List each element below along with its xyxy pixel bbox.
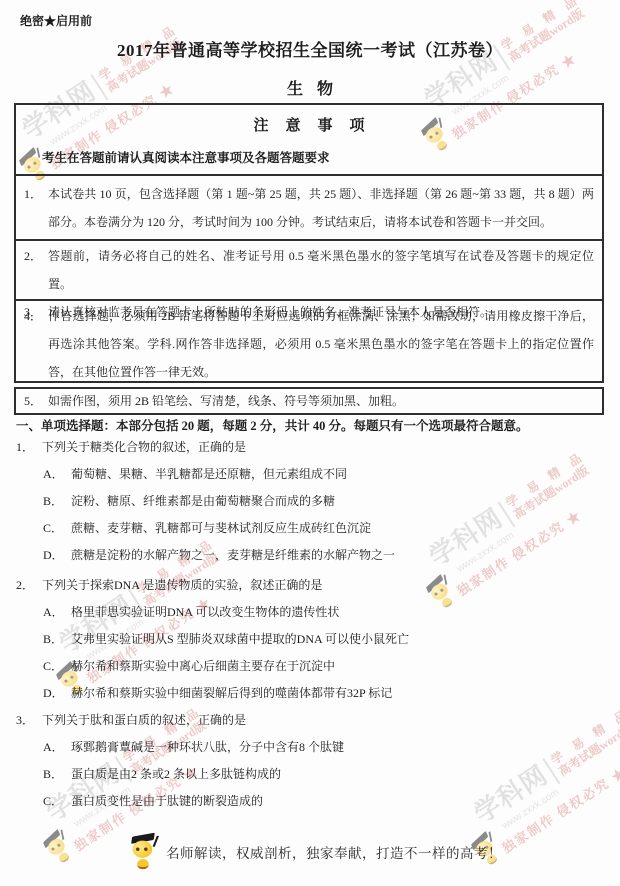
question-stem: 1． 下列关于糖类化合物的叙述，正确的是 (16, 440, 608, 454)
notice-heading: 注意事项 (16, 114, 602, 135)
promo-slogan: 名师解读，权威剖析，独家奉献，打造不一样的高考！ (166, 842, 502, 862)
notice-item-text: 如需作图，须用 2B 铅笔绘、写清楚，线条、符号等须加黑、加粗。 (48, 389, 594, 413)
option-a: A．葡萄糖、果糖、半乳糖都是还原糖，但元素组成不同 (16, 467, 608, 481)
classification-label: 绝密★启用前 (20, 12, 92, 29)
option-b: B．蛋白质是由2 条或2 条以上多肽链构成的 (16, 767, 608, 781)
option-text: 赫尔希和蔡斯实验中细菌裂解后得到的噬菌体都带有32P 标记 (71, 686, 392, 700)
notice-section: 4． 作答选择题，必须用 2B 铅笔将答题卡上对应选项的方框涂满、涂黑；如需改动… (16, 299, 602, 383)
option-label: C． (43, 521, 71, 535)
question-2: 2． 下列关于探索DNA 是遗传物质的实验，叙述正确的是 A．格里菲思实验证明D… (16, 578, 608, 713)
question-number: 1． (16, 440, 42, 454)
option-text: 蛋白质变性是由于肽键的断裂造成的 (71, 794, 263, 808)
option-text: 淀粉、糖原、纤维素都是由葡萄糖聚合而成的多糖 (71, 494, 335, 508)
option-text: 琢鄄鹅膏蕈碱是一种环状八肽，分子中含有8 个肽键 (71, 740, 344, 754)
option-label: C． (43, 794, 71, 808)
section-one-heading: 一、单项选择题：本部分包括 20 题，每题 2 分，共计 40 分。每题只有一个… (16, 419, 608, 434)
option-d: D．赫尔希和蔡斯实验中细菌裂解后得到的噬菌体都带有32P 标记 (16, 686, 608, 700)
option-text: 赫尔希和蔡斯实验中离心后细菌主要存在于沉淀中 (71, 659, 335, 673)
notice-section: 2． 答题前，请务必将自己的姓名、准考证号用 0.5 毫米黑色墨水的签字笔填写在… (16, 239, 602, 299)
option-b: B．淀粉、糖原、纤维素都是由葡萄糖聚合而成的多糖 (16, 494, 608, 508)
notice-item-text: 作答选择题，必须用 2B 铅笔将答题卡上对应选项的方框涂满、涂黑；如需改动，请用… (48, 302, 594, 386)
option-label: D． (43, 686, 71, 700)
question-stem: 3． 下列关于肽和蛋白质的叙述，正确的是 (16, 713, 608, 727)
graduate-mascot-icon (39, 828, 78, 868)
subject-title: 生物 (0, 76, 620, 99)
option-a: A．格里菲思实验证明DNA 可以改变生物体的遗传性状 (16, 605, 608, 619)
notice-item: 5． 如需作图，须用 2B 铅笔绘、写清楚，线条、符号等须加黑、加粗。 (24, 389, 594, 413)
option-label: D． (43, 548, 71, 562)
question-1: 1． 下列关于糖类化合物的叙述，正确的是 A．葡萄糖、果糖、半乳糖都是还原糖，但… (16, 440, 608, 575)
notice-item-text: 答题前，请务必将自己的姓名、准考证号用 0.5 毫米黑色墨水的签字笔填写在试卷及… (48, 242, 594, 298)
notice-item: 4． 作答选择题，必须用 2B 铅笔将答题卡上对应选项的方框涂满、涂黑；如需改动… (24, 302, 594, 386)
notice-item: 2． 答题前，请务必将自己的姓名、准考证号用 0.5 毫米黑色墨水的签字笔填写在… (24, 242, 594, 298)
question-stem-text: 下列关于糖类化合物的叙述，正确的是 (42, 440, 246, 454)
notice-item: 1． 本试卷共 10 页，包含选择题（第 1 题~第 25 题，共 25 题）、… (24, 180, 594, 236)
notice-item-number: 4． (24, 302, 48, 386)
notice-item-number: 5． (24, 389, 48, 413)
page-title: 2017年普通高等学校招生全国统一考试（江苏卷） (0, 36, 620, 61)
option-b: B．艾弗里实验证明从S 型肺炎双球菌中提取的DNA 可以使小鼠死亡 (16, 632, 608, 646)
option-text: 蔗糖、麦芽糖、乳糖都可与斐林试剂反应生成砖红色沉淀 (71, 521, 371, 535)
option-text: 蔗糖是淀粉的水解产物之一，麦芽糖是纤维素的水解产物之一 (71, 548, 395, 562)
option-text: 艾弗里实验证明从S 型肺炎双球菌中提取的DNA 可以使小鼠死亡 (71, 632, 409, 646)
option-text: 葡萄糖、果糖、半乳糖都是还原糖，但元素组成不同 (71, 467, 347, 481)
question-3: 3． 下列关于肽和蛋白质的叙述，正确的是 A．琢鄄鹅膏蕈碱是一种环状八肽，分子中… (16, 713, 608, 821)
option-a: A．琢鄄鹅膏蕈碱是一种环状八肽，分子中含有8 个肽键 (16, 740, 608, 754)
option-text: 蛋白质是由2 条或2 条以上多肽链构成的 (71, 767, 281, 781)
question-stem-text: 下列关于探索DNA 是遗传物质的实验，叙述正确的是 (42, 578, 322, 592)
notice-box: 注意事项 考生在答题前请认真阅读本注意事项及各题答题要求 1． 本试卷共 10 … (14, 103, 604, 383)
notice-item-text: 本试卷共 10 页，包含选择题（第 1 题~第 25 题，共 25 题）、非选择… (48, 180, 594, 236)
question-number: 3． (16, 713, 42, 727)
question-stem-text: 下列关于肽和蛋白质的叙述，正确的是 (42, 713, 246, 727)
exam-paper-page: 学科网学 易 精 品高考试题word版 www.zxxk.com 独家制作 侵权… (0, 0, 620, 886)
option-c: C．蛋白质变性是由于肽键的断裂造成的 (16, 794, 608, 808)
notice-section: 1． 本试卷共 10 页，包含选择题（第 1 题~第 25 题，共 25 题）、… (16, 174, 602, 239)
option-label: A． (43, 740, 71, 754)
question-stem: 2． 下列关于探索DNA 是遗传物质的实验，叙述正确的是 (16, 578, 608, 592)
option-label: A． (43, 605, 71, 619)
option-label: B． (43, 494, 71, 508)
option-label: B． (43, 632, 71, 646)
graduate-mascot-icon (128, 834, 158, 870)
notice-item-number: 1． (24, 180, 48, 236)
question-number: 2． (16, 578, 42, 592)
option-c: C．蔗糖、麦芽糖、乳糖都可与斐林试剂反应生成砖红色沉淀 (16, 521, 608, 535)
notice-header: 注意事项 考生在答题前请认真阅读本注意事项及各题答题要求 (16, 105, 602, 174)
promo-footer: 名师解读，权威剖析，独家奉献，打造不一样的高考！ (128, 836, 502, 867)
option-label: B． (43, 767, 71, 781)
notice-box-drawing: 5． 如需作图，须用 2B 铅笔绘、写清楚，线条、符号等须加黑、加粗。 (14, 387, 604, 415)
option-text: 格里菲思实验证明DNA 可以改变生物体的遗传性状 (71, 605, 339, 619)
option-c: C．赫尔希和蔡斯实验中离心后细菌主要存在于沉淀中 (16, 659, 608, 673)
notice-item-number: 2． (24, 242, 48, 298)
option-label: A． (43, 467, 71, 481)
option-label: C． (43, 659, 71, 673)
notice-intro: 考生在答题前请认真阅读本注意事项及各题答题要求 (42, 148, 602, 166)
option-d: D．蔗糖是淀粉的水解产物之一，麦芽糖是纤维素的水解产物之一 (16, 548, 608, 562)
